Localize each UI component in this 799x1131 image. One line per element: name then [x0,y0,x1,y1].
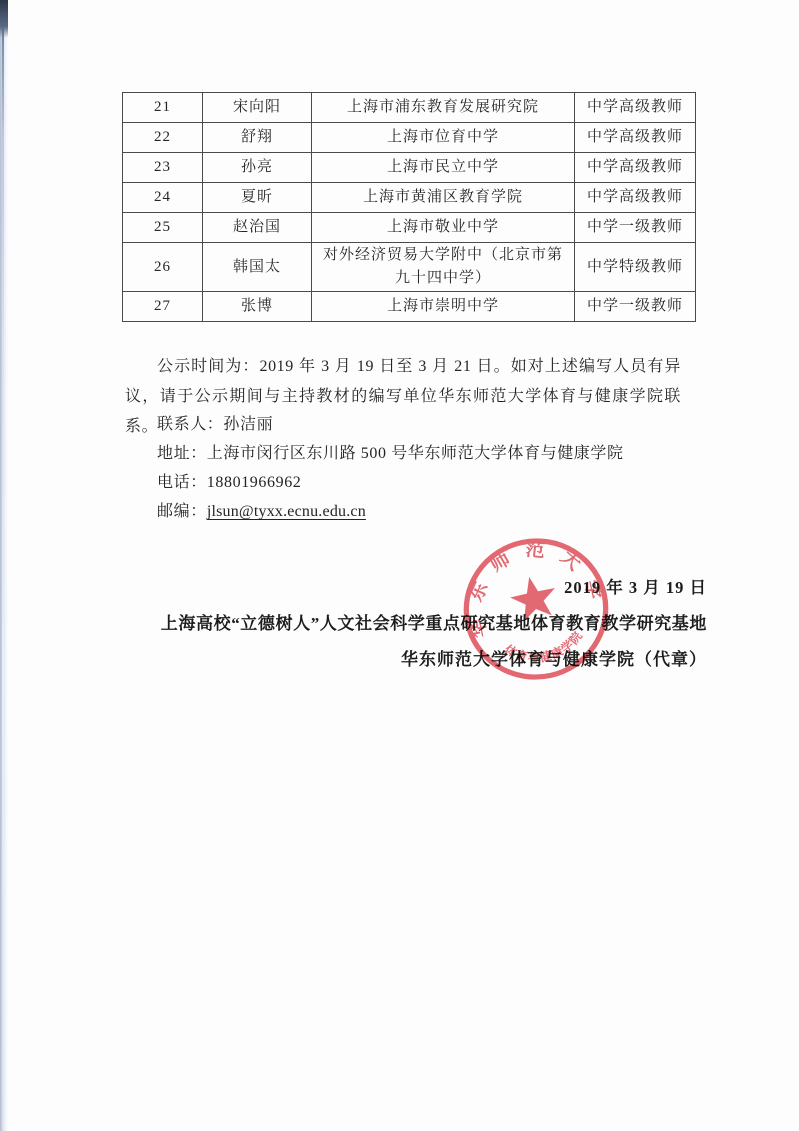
cell-title: 中学一级教师 [575,292,696,322]
scanned-document-page: 21 宋向阳 上海市浦东教育发展研究院 中学高级教师 22 舒翔 上海市位育中学… [0,0,799,1131]
cell-name: 宋向阳 [203,93,312,123]
table-row: 26 韩国太 对外经济贸易大学附中（北京市第九十四中学） 中学特级教师 [123,243,696,292]
cell-number: 24 [123,183,203,213]
scan-edge-line [2,0,4,1131]
cell-number: 27 [123,292,203,322]
table-row: 27 张博 上海市崇明中学 中学一级教师 [123,292,696,322]
cell-institution: 上海市位育中学 [312,123,575,153]
cell-name: 韩国太 [203,243,312,292]
cell-number: 21 [123,93,203,123]
table-row: 23 孙亮 上海市民立中学 中学高级教师 [123,153,696,183]
contact-email-line: 邮编：jlsun@tyxx.ecnu.edu.cn [157,497,624,526]
scan-corner-artifact [0,0,8,38]
signature-date: 2019 年 3 月 19 日 [138,574,707,598]
cell-number: 23 [123,153,203,183]
contact-person: 联系人：孙洁丽 [157,410,624,439]
table-row: 21 宋向阳 上海市浦东教育发展研究院 中学高级教师 [123,93,696,123]
cell-institution: 上海市黄浦区教育学院 [312,183,575,213]
cell-number: 26 [123,243,203,292]
official-red-seal: 华东师范大学 体育与健康学院 [445,520,627,699]
table-row: 22 舒翔 上海市位育中学 中学高级教师 [123,123,696,153]
signature-org-line1: 上海高校“立德树人”人文社会科学重点研究基地体育教育教学研究基地 [138,609,707,634]
cell-number: 22 [123,123,203,153]
contact-block: 联系人：孙洁丽 地址：上海市闵行区东川路 500 号华东师范大学体育与健康学院 … [157,410,624,526]
cell-institution: 对外经济贸易大学附中（北京市第九十四中学） [312,243,575,292]
contact-email-label: 邮编： [157,503,207,520]
table-body: 21 宋向阳 上海市浦东教育发展研究院 中学高级教师 22 舒翔 上海市位育中学… [123,93,696,322]
cell-institution: 上海市浦东教育发展研究院 [312,93,575,123]
cell-title: 中学高级教师 [575,93,696,123]
contact-phone: 电话：18801966962 [157,468,624,497]
cell-name: 孙亮 [203,153,312,183]
cell-name: 赵治国 [203,213,312,243]
cell-title: 中学特级教师 [575,243,696,292]
contact-email: jlsun@tyxx.ecnu.edu.cn [207,503,366,520]
textbook-editors-table: 21 宋向阳 上海市浦东教育发展研究院 中学高级教师 22 舒翔 上海市位育中学… [122,92,696,322]
cell-title: 中学高级教师 [575,123,696,153]
cell-name: 夏昕 [203,183,312,213]
contact-address: 地址：上海市闵行区东川路 500 号华东师范大学体育与健康学院 [157,439,624,468]
cell-institution: 上海市民立中学 [312,153,575,183]
seal-star-icon [507,572,561,623]
table-row: 24 夏昕 上海市黄浦区教育学院 中学高级教师 [123,183,696,213]
cell-name: 舒翔 [203,123,312,153]
cell-name: 张博 [203,292,312,322]
cell-title: 中学高级教师 [575,153,696,183]
cell-number: 25 [123,213,203,243]
table-row: 25 赵治国 上海市敬业中学 中学一级教师 [123,213,696,243]
cell-institution: 上海市敬业中学 [312,213,575,243]
cell-title: 中学高级教师 [575,183,696,213]
cell-title: 中学一级教师 [575,213,696,243]
cell-institution: 上海市崇明中学 [312,292,575,322]
